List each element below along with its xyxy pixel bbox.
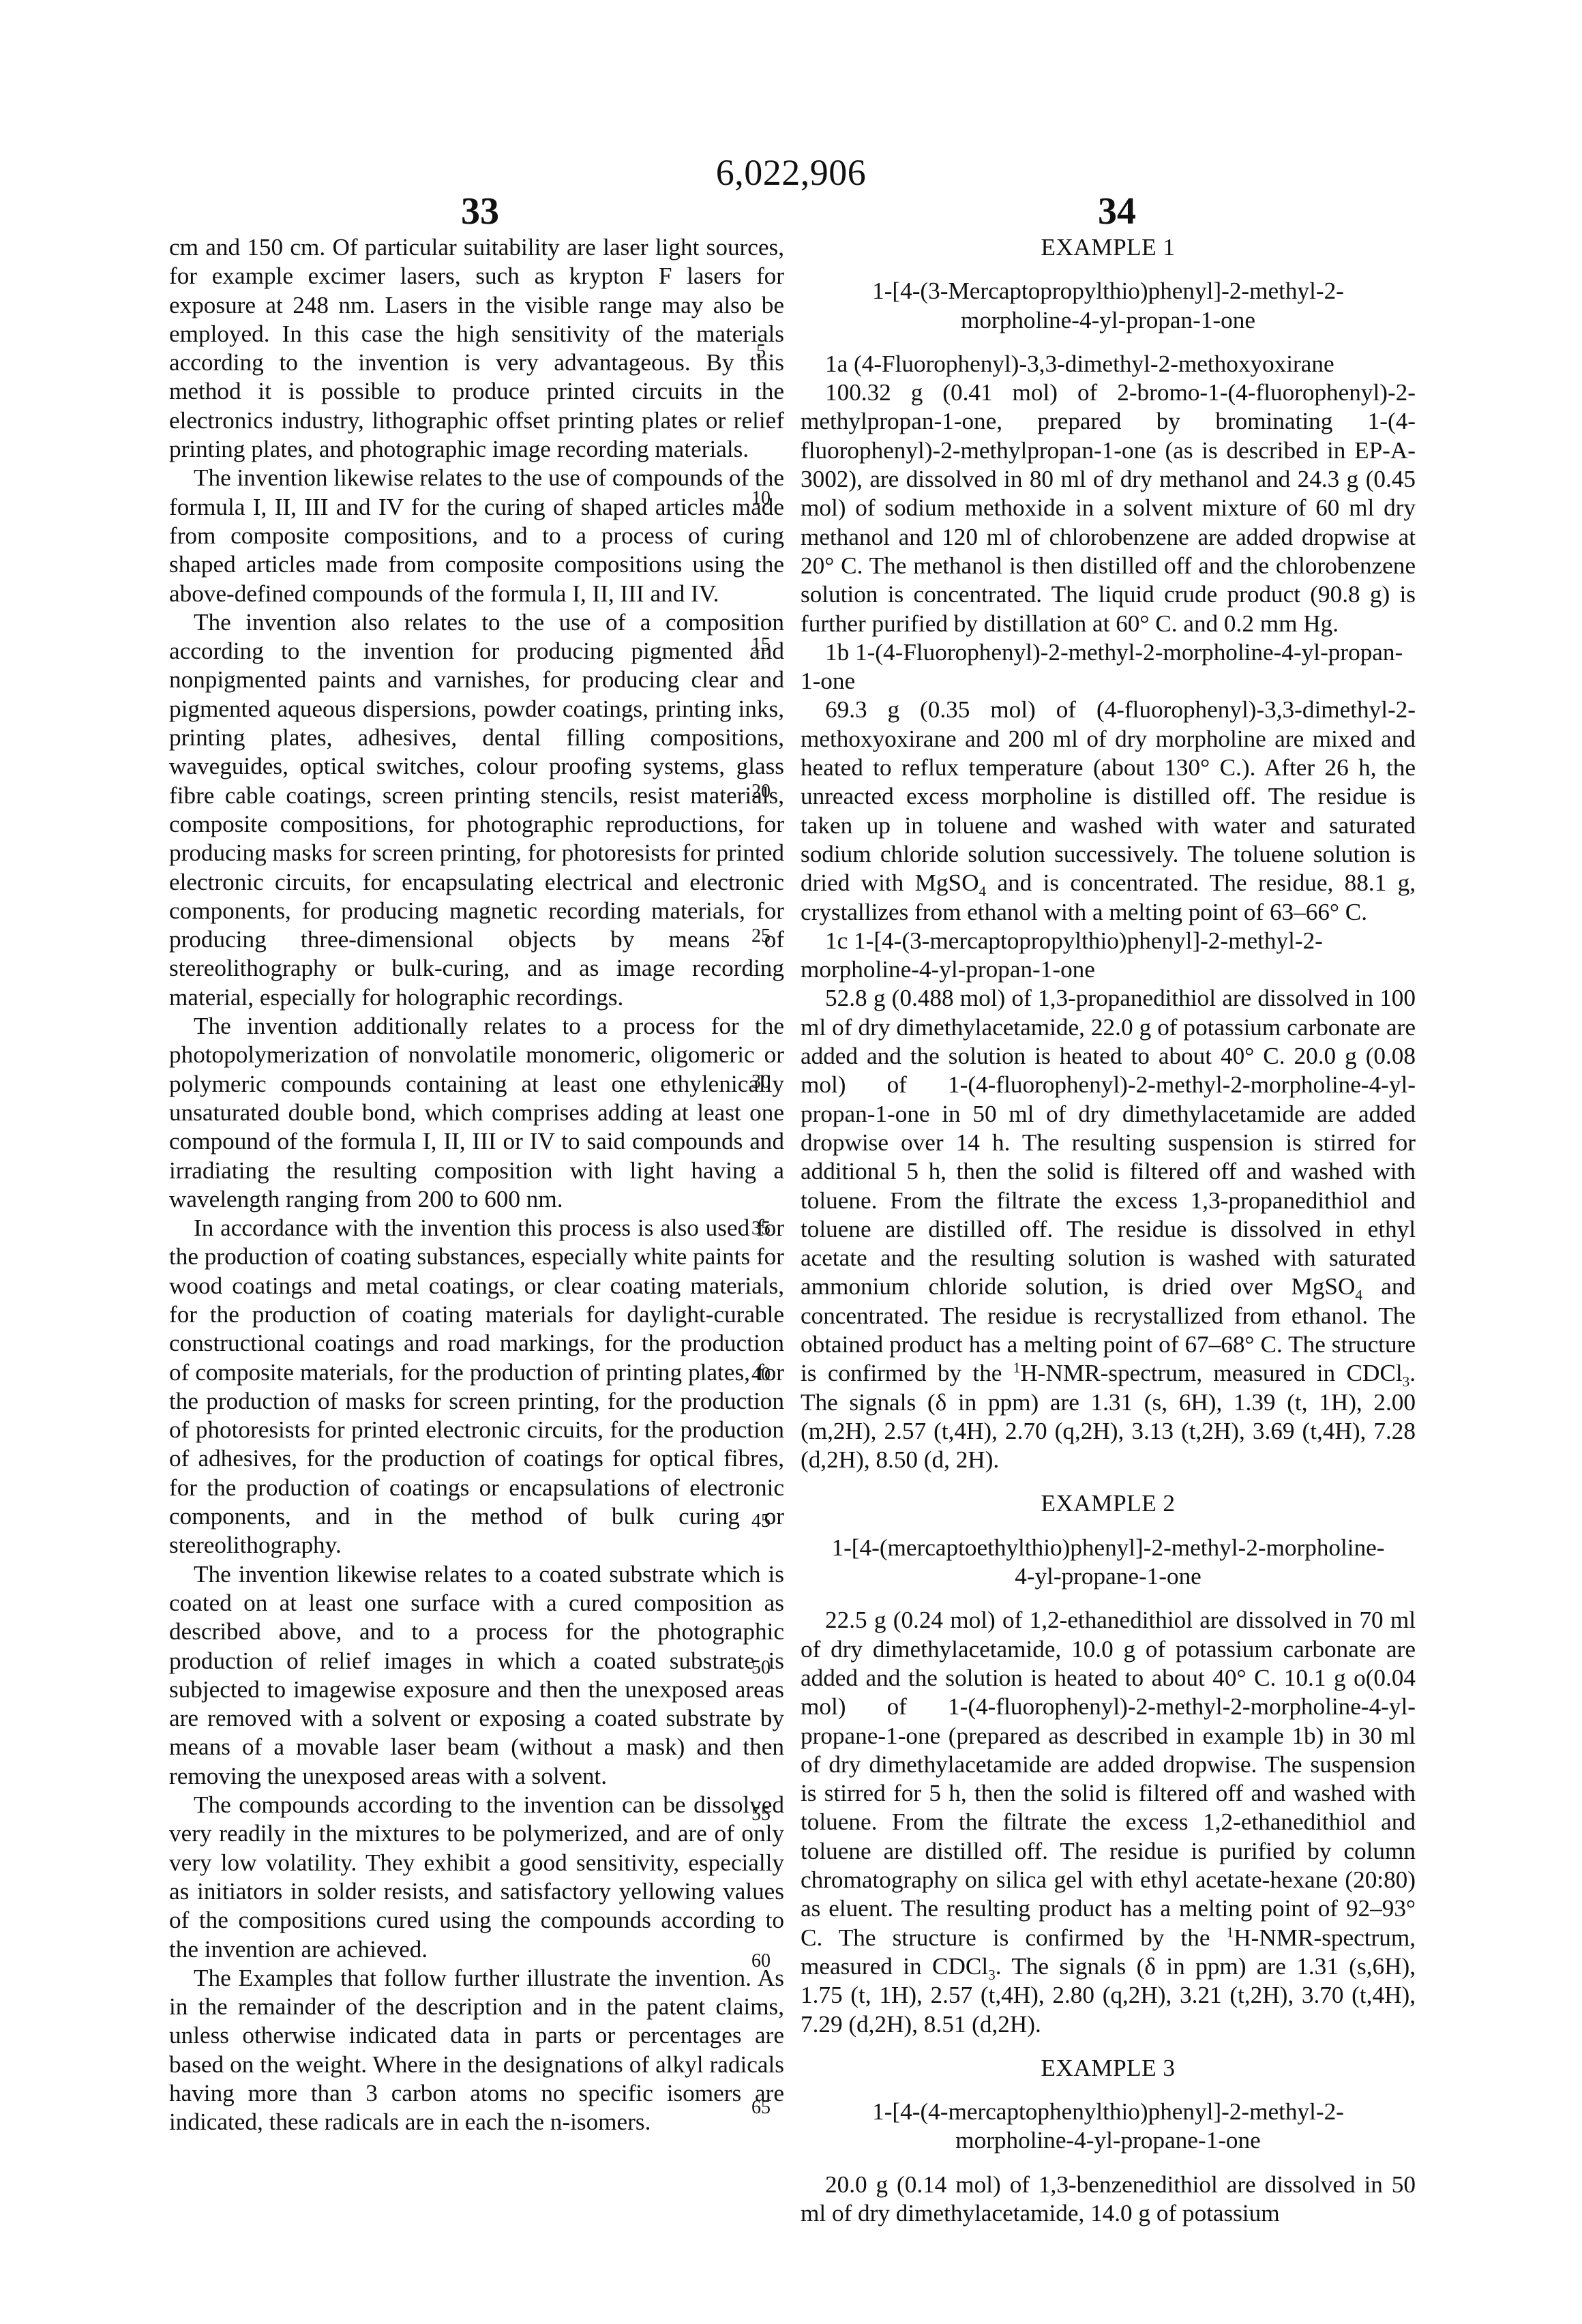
- subscript: 4: [979, 883, 987, 899]
- paragraph: The invention likewise relates to a coat…: [169, 1560, 784, 1791]
- subscript: 4: [1355, 1287, 1362, 1303]
- superscript: 1: [1013, 1360, 1021, 1376]
- example-3-heading: EXAMPLE 3: [801, 2054, 1416, 2083]
- paragraph: The invention likewise relates to the us…: [169, 464, 784, 608]
- paragraph: cm and 150 cm. Of particular suitability…: [169, 233, 784, 464]
- step-1c-title: 1c 1-[4-(3-mercaptopropylthio)phenyl]-2-…: [801, 927, 1416, 985]
- line-number: 60: [747, 1950, 775, 1972]
- paragraph: In accordance with the invention this pr…: [169, 1214, 784, 1560]
- line-number: 25: [747, 925, 775, 947]
- left-page-number: 33: [461, 190, 499, 233]
- step-1b-text: 69.3 g (0.35 mol) of (4-fluorophenyl)-3,…: [801, 696, 1416, 926]
- example-2-heading: EXAMPLE 2: [801, 1489, 1416, 1518]
- paragraph: The Examples that follow further illustr…: [169, 1964, 784, 2137]
- step-1a-text: 100.32 g (0.41 mol) of 2-bromo-1-(4-fluo…: [801, 378, 1416, 638]
- subscript: 3: [1403, 1373, 1410, 1390]
- text: 52.8 g (0.488 mol) of 1,3-propanedithiol…: [801, 985, 1416, 1300]
- example-1-title: 1-[4-(3-Mercaptopropylthio)phenyl]-2-met…: [828, 277, 1388, 335]
- text: H-NMR-spectrum, measured in CDCl: [1020, 1360, 1402, 1386]
- text: 22.5 g (0.24 mol) of 1,2-ethanedithiol a…: [801, 1607, 1416, 1950]
- paragraph: The invention also relates to the use of…: [169, 608, 784, 1012]
- right-column: EXAMPLE 1 1-[4-(3-Mercaptopropylthio)phe…: [801, 233, 1416, 2228]
- patent-number: 6,022,906: [0, 151, 1582, 194]
- line-number: 55: [747, 1804, 775, 1826]
- step-1c-text: 52.8 g (0.488 mol) of 1,3-propanedithiol…: [801, 984, 1416, 1474]
- line-number: 35: [747, 1218, 775, 1240]
- text: 69.3 g (0.35 mol) of (4-fluorophenyl)-3,…: [801, 696, 1416, 896]
- left-column: cm and 150 cm. Of particular suitability…: [169, 233, 784, 2137]
- line-number: 20: [747, 781, 775, 803]
- subscript: 3: [988, 1967, 996, 1983]
- superscript: 1: [1227, 1924, 1234, 1940]
- step-1a-title: 1a (4-Fluorophenyl)-3,3-dimethyl-2-metho…: [801, 350, 1416, 378]
- line-number: 5: [747, 341, 775, 363]
- paragraph: The invention additionally relates to a …: [169, 1012, 784, 1214]
- line-number: 45: [747, 1510, 775, 1532]
- example-2-title: 1-[4-(mercaptoethylthio)phenyl]-2-methyl…: [828, 1534, 1388, 1592]
- line-number: 65: [747, 2097, 775, 2119]
- example-3-text: 20.0 g (0.14 mol) of 1,3-benzenedithiol …: [801, 2171, 1416, 2229]
- paragraph: The compounds according to the invention…: [169, 1791, 784, 1964]
- line-number: 30: [747, 1071, 775, 1093]
- right-page-number: 34: [1098, 190, 1136, 233]
- example-1-heading: EXAMPLE 1: [801, 233, 1416, 262]
- line-number: 15: [747, 634, 775, 656]
- example-3-title: 1-[4-(4-mercaptophenylthio)phenyl]-2-met…: [828, 2098, 1388, 2156]
- line-number: 50: [747, 1657, 775, 1679]
- example-2-text: 22.5 g (0.24 mol) of 1,2-ethanedithiol a…: [801, 1606, 1416, 2038]
- line-number: 10: [747, 488, 775, 509]
- line-number: 40: [747, 1364, 775, 1386]
- step-1b-title: 1b 1-(4-Fluorophenyl)-2-methyl-2-morphol…: [801, 638, 1416, 696]
